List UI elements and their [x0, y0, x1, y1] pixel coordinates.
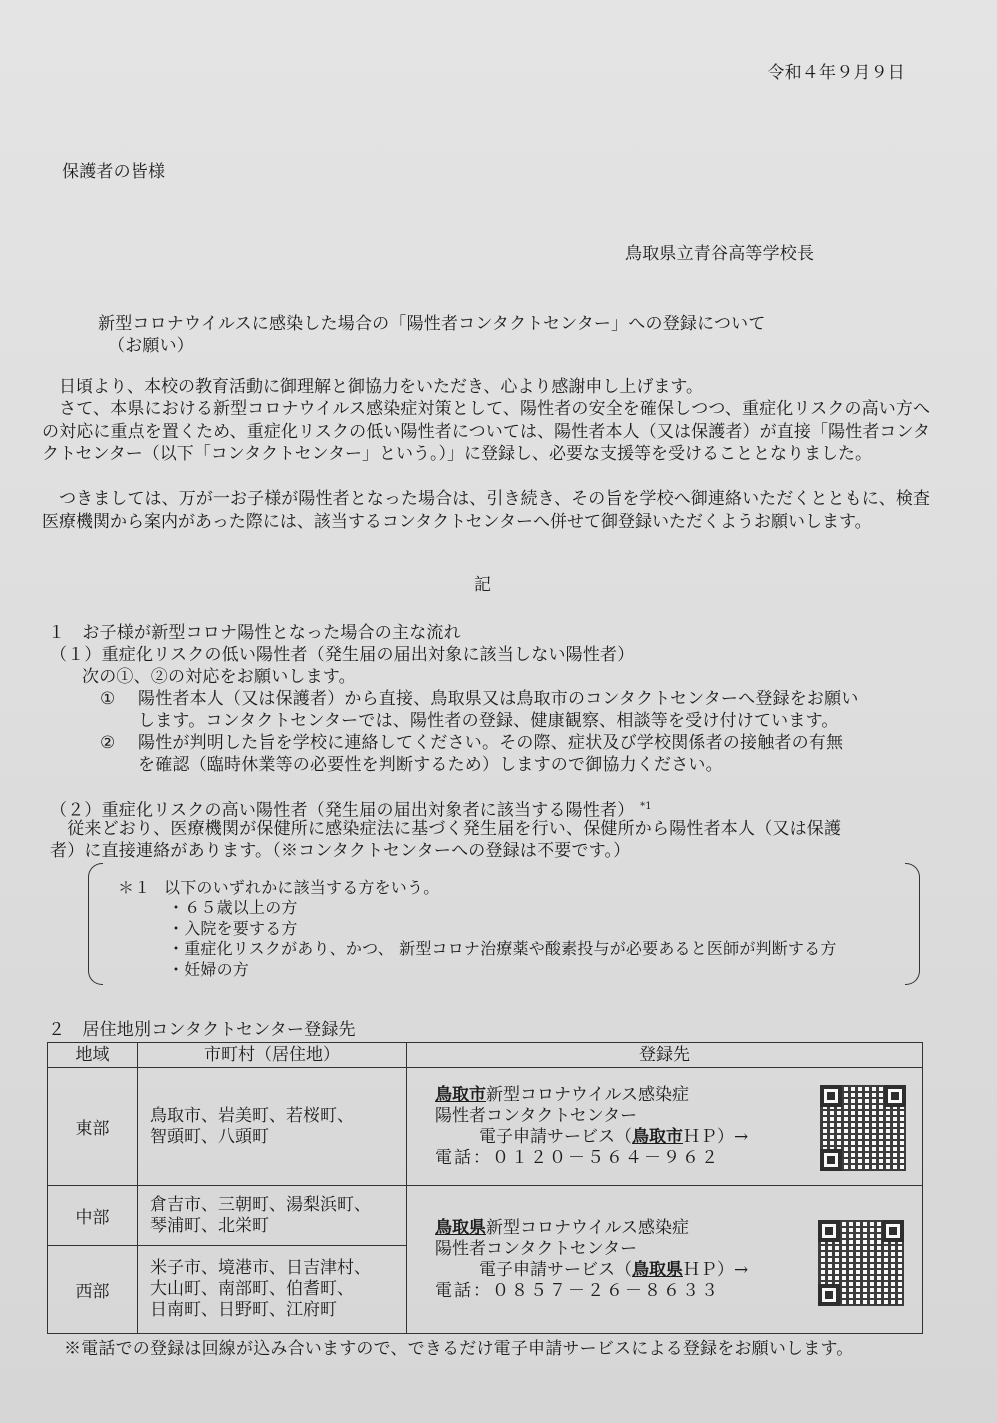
table-header-row: 地域 市町村（居住地） 登録先 [48, 1043, 923, 1068]
header-destination: 登録先 [407, 1043, 923, 1068]
item2-line2: を確認（臨時休業等の必要性を判断するため）しますので御協力ください。 [138, 754, 723, 776]
service-prefix: 電子申請サービス（ [479, 1260, 632, 1280]
municipality-line: 智頭町、八頭町 [150, 1127, 405, 1148]
section1-sub1-intro: 次の①、②の対応をお願いします。 [82, 666, 356, 688]
section2-heading: ２ 居住地別コンタクトセンター登録先 [48, 1019, 356, 1041]
municipality-line: 米子市、境港市、日吉津村、 [150, 1258, 405, 1279]
center-org: 鳥取県 [435, 1218, 486, 1238]
service-org: 鳥取県 [632, 1260, 683, 1280]
center-cell-prefecture: 鳥取県新型コロナウイルス感染症 陽性者コンタクトセンター 電子申請サービス（鳥取… [407, 1186, 923, 1334]
center-org: 鳥取市 [435, 1085, 486, 1105]
registration-table: 地域 市町村（居住地） 登録先 東部 鳥取市、岩美町、若桜町、 智頭町、八頭町 … [47, 1042, 923, 1334]
item1-mark: ① [100, 688, 115, 710]
table-row: 東部 鳥取市、岩美町、若桜町、 智頭町、八頭町 鳥取市新型コロナウイルス感染症 … [48, 1068, 923, 1186]
qr-code-icon[interactable] [818, 1220, 904, 1306]
table-row: 中部 倉吉市、三朝町、湯梨浜町、 琴浦町、北栄町 鳥取県新型コロナウイルス感染症… [48, 1186, 923, 1246]
center-name: 新型コロナウイルス感染症 [486, 1085, 689, 1105]
section1-sub2-line1: 従来どおり、医療機関が保健所に感染症法に基づく発生届を行い、保健所から陽性者本人… [50, 818, 841, 840]
document-date: 令和４年９月９日 [767, 62, 905, 84]
right-bracket [905, 863, 920, 985]
service-suffix: ＨＰ）→ [683, 1127, 748, 1147]
table-footnote: ※電話での登録は回線が込み合いますので、できるだけ電子申請サービスによる登録をお… [64, 1338, 854, 1360]
note-item: ・重症化リスクがあり、かつ、 新型コロナ治療薬や酸素投与が必要あると医師が判断す… [168, 939, 837, 960]
section1-sub1-heading: （１）重症化リスクの低い陽性者（発生届の届出対象に該当しない陽性者） [50, 644, 634, 666]
municipality-line: 日南町、日野町、江府町 [150, 1300, 405, 1321]
region-cell: 西部 [48, 1246, 138, 1334]
region-cell: 中部 [48, 1186, 138, 1246]
paragraph-request: つきましては、万が一お子様が陽性者となった場合は、引き続き、その旨を学校へ御連絡… [42, 488, 930, 533]
section1-heading: １ お子様が新型コロナ陽性となった場合の主な流れ [48, 622, 461, 644]
ki-heading: 記 [474, 574, 491, 596]
footnote-ref: *1 [640, 801, 652, 812]
note-item: ・入院を要する方 [168, 919, 837, 940]
municipality-cell: 米子市、境港市、日吉津村、 大山町、南部町、伯耆町、 日南町、日野町、江府町 [138, 1246, 407, 1334]
municipality-line: 大山町、南部町、伯耆町、 [150, 1279, 405, 1300]
footnote-box: ＊１ 以下のいずれかに該当する方をいう。 ・６５歳以上の方 ・入院を要する方 ・… [88, 863, 920, 985]
center-name: 新型コロナウイルス感染症 [486, 1218, 689, 1238]
paragraph-greeting: 日頃より、本校の教育活動に御理解と御協力をいただき、心より感謝申し上げます。 [42, 376, 930, 399]
municipality-cell: 鳥取市、岩美町、若桜町、 智頭町、八頭町 [138, 1068, 407, 1186]
center-cell-city: 鳥取市新型コロナウイルス感染症 陽性者コンタクトセンター 電子申請サービス（鳥取… [407, 1068, 923, 1186]
paragraph-background: さて、本県における新型コロナウイルス感染症対策として、陽性者の安全を確保しつつ、… [42, 398, 930, 466]
addressee: 保護者の皆様 [62, 161, 165, 183]
document-page: 令和４年９月９日 保護者の皆様 鳥取県立青谷高等学校長 新型コロナウイルスに感染… [0, 0, 997, 1423]
item2-line1: 陽性が判明した旨を学校に連絡してください。その際、症状及び学校関係者の接触者の有… [138, 732, 843, 754]
region-cell: 東部 [48, 1068, 138, 1186]
municipality-cell: 倉吉市、三朝町、湯梨浜町、 琴浦町、北栄町 [138, 1186, 407, 1246]
service-suffix: ＨＰ）→ [683, 1260, 748, 1280]
service-prefix: 電子申請サービス（ [479, 1127, 632, 1147]
note-item: ・６５歳以上の方 [168, 898, 837, 919]
header-region: 地域 [48, 1043, 138, 1068]
document-title: 新型コロナウイルスに感染した場合の「陽性者コンタクトセンター」への登録について [98, 313, 766, 335]
municipality-line: 鳥取市、岩美町、若桜町、 [150, 1106, 405, 1127]
note-text: 以下のいずれかに該当する方をいう。 [164, 877, 439, 899]
item2-mark: ② [100, 732, 115, 754]
sender: 鳥取県立青谷高等学校長 [625, 243, 814, 265]
note-item: ・妊婦の方 [168, 960, 837, 981]
section1-sub2-line2: 者）に直接連絡があります。（※コンタクトセンターへの登録は不要です。） [50, 840, 630, 862]
left-bracket [88, 863, 103, 985]
note-items: ・６５歳以上の方 ・入院を要する方 ・重症化リスクがあり、かつ、 新型コロナ治療… [168, 898, 837, 980]
note-mark: ＊１ [118, 877, 150, 899]
item1-line1: 陽性者本人（又は保護者）から直接、鳥取県又は鳥取市のコンタクトセンターへ登録をお… [138, 688, 859, 710]
municipality-line: 倉吉市、三朝町、湯梨浜町、 [150, 1195, 405, 1216]
header-municipality: 市町村（居住地） [138, 1043, 407, 1068]
item1-line2: します。コンタクトセンターでは、陽性者の登録、健康観察、相談等を受け付けています… [138, 710, 839, 732]
document-title-sub: （お願い） [108, 335, 194, 357]
service-org: 鳥取市 [632, 1127, 683, 1147]
qr-code-icon[interactable] [820, 1085, 906, 1171]
municipality-line: 琴浦町、北栄町 [150, 1216, 405, 1237]
